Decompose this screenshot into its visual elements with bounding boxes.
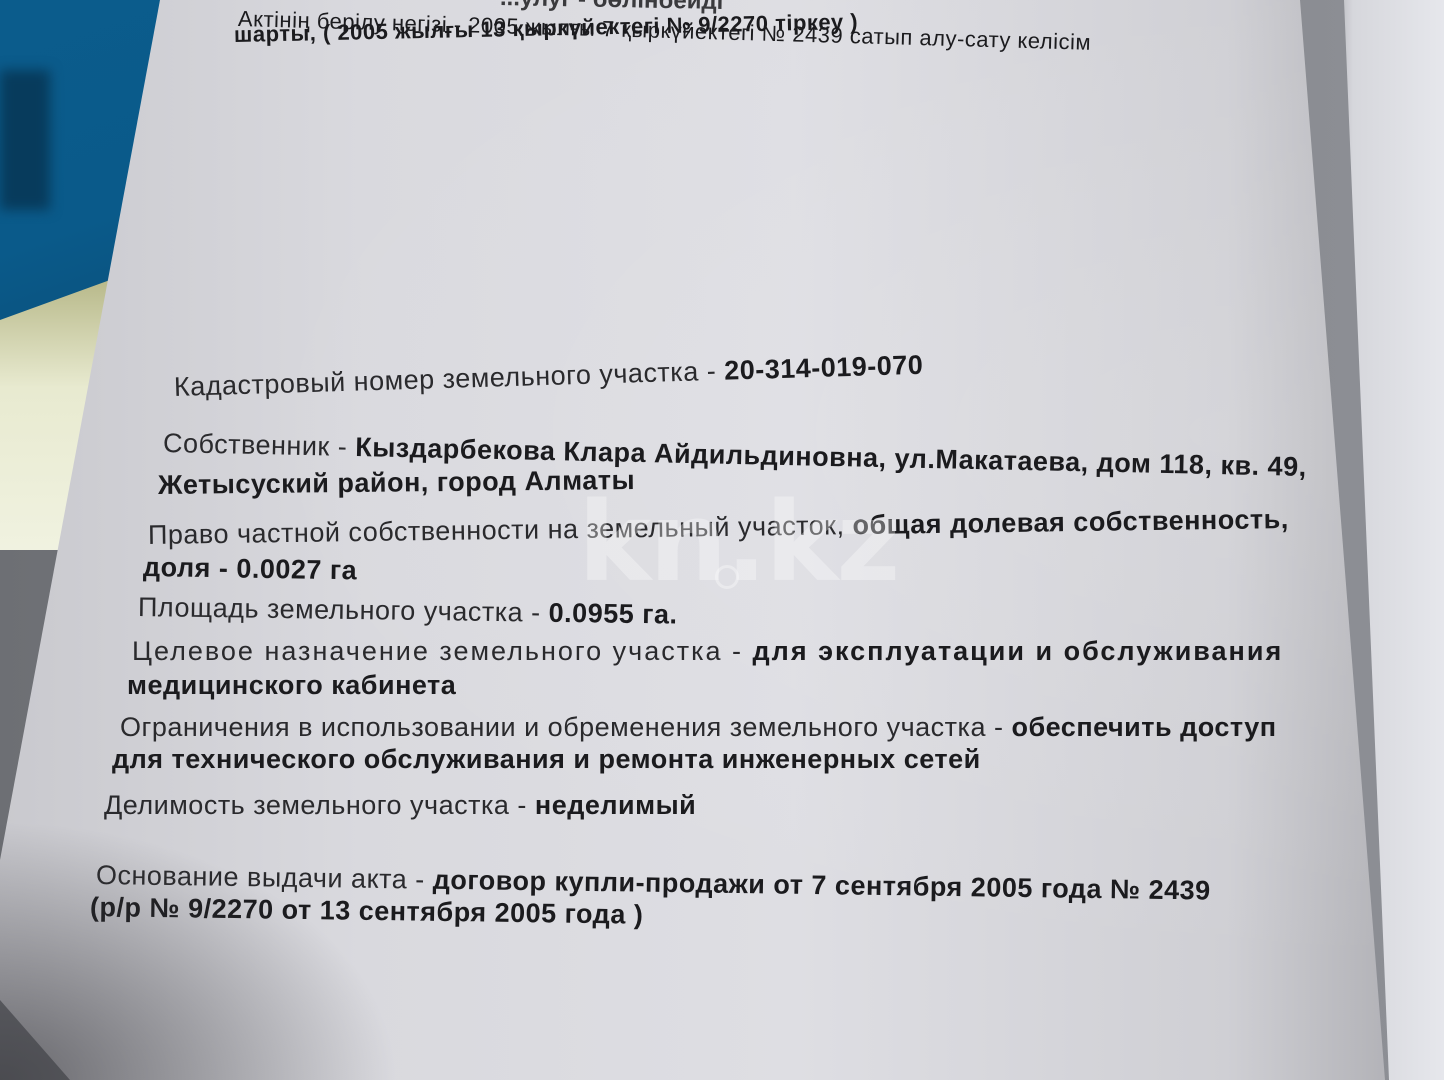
watermark-kn-kz: kn.kz [578, 478, 898, 606]
restrictions-row: Ограничения в использовании и обременени… [120, 712, 1277, 743]
cadastral-number: 20-314-019-070 [724, 350, 924, 386]
basis-label: Основание выдачи акта - [96, 860, 433, 895]
ownership-share: доля - 0.0027 га [143, 552, 358, 586]
divisibility-label: Делимость земельного участка - [104, 790, 535, 820]
cadastral-label: Кадастровый номер земельного участка - [174, 356, 725, 402]
purpose-label: Целевое назначение земельного участка - [132, 636, 753, 666]
restrictions-value-cont: для технического обслуживания и ремонта … [112, 744, 981, 775]
owner-district: Жетысуский район, город Алматы [158, 465, 635, 501]
document-page: ...улуг - бөлінбейді Актінің берілу негі… [0, 0, 1444, 1080]
divisibility-value: неделимый [535, 790, 696, 820]
purpose-value-cont: медицинского кабинета [127, 670, 456, 701]
area-label: Площадь земельного участка - [138, 592, 549, 628]
restrictions-value: обеспечить доступ [1011, 712, 1276, 742]
photo-scene: ...улуг - бөлінбейді Актінің берілу негі… [0, 0, 1444, 1080]
divisibility-row: Делимость земельного участка - неделимый [104, 790, 696, 821]
cadastral-row: Кадастровый номер земельного участка - 2… [174, 350, 924, 403]
purpose-row: Целевое назначение земельного участка - … [132, 636, 1283, 667]
purpose-value: для эксплуатации и обслуживания [753, 636, 1284, 666]
restrictions-label: Ограничения в использовании и обременени… [120, 712, 1011, 742]
owner-label: Собственник - [163, 428, 356, 462]
basis-registration: (р/р № 9/2270 от 13 сентября 2005 года ) [90, 892, 644, 931]
ownership-type: общая долевая собственность, [852, 504, 1289, 540]
house-icon [715, 565, 739, 589]
